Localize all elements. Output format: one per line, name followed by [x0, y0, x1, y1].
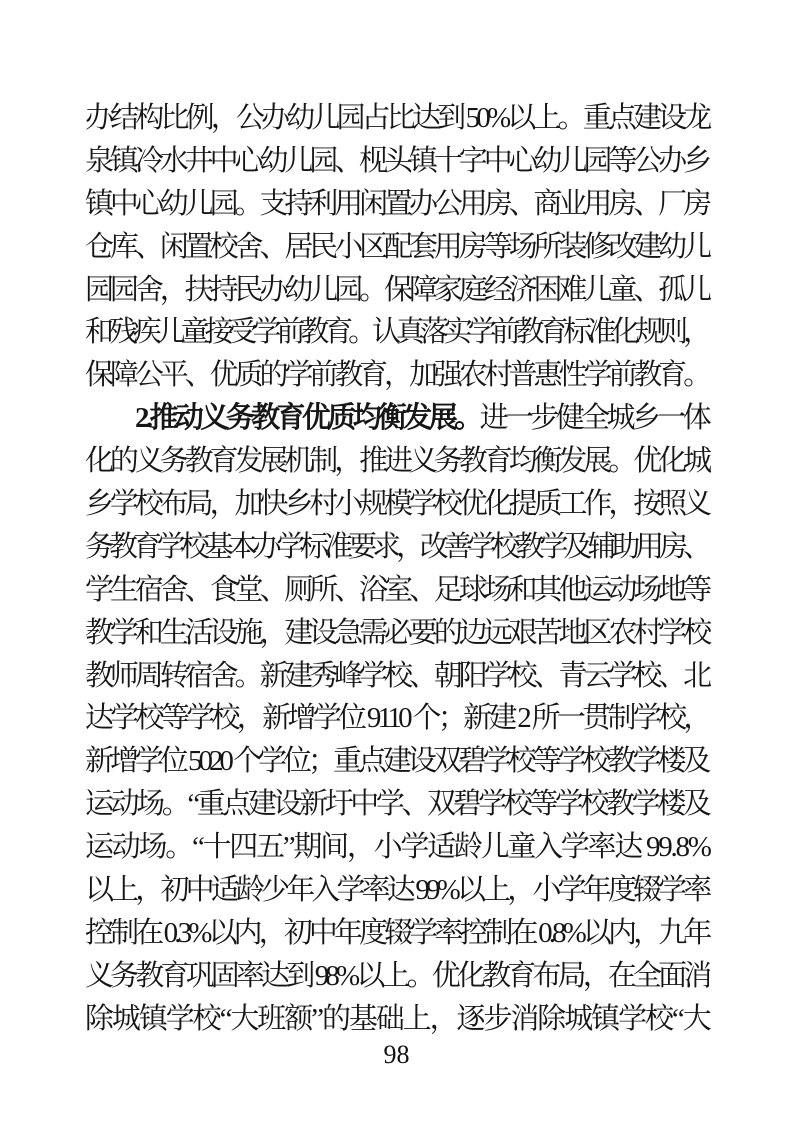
page-number: 98 [0, 1038, 793, 1072]
text-line: 和残疾儿童接受学前教育。认真落实学前教育标准化规则， [85, 311, 712, 354]
text-line: 镇中心幼儿园。支持利用闲置办公用房、商业用房、厂房 [85, 183, 712, 226]
text-line: 除城镇学校“大班额”的基础上，逐步消除城镇学校“大 [85, 998, 712, 1041]
text-line: 教学和生活设施，建设急需必要的边远艰苦地区农村学校 [85, 612, 712, 655]
text-line: 乡学校布局，加快乡村小规模学校优化提质工作，按照义 [85, 483, 712, 526]
text-line: 泉镇冷水井中心幼儿园、枧头镇十字中心幼儿园等公办乡 [85, 140, 712, 183]
text-line: 运动场。“重点建设新圩中学、双碧学校等学校教学楼及 [85, 783, 712, 826]
text-line: 控制在 0.3%以内，初中年度辍学率控制在 0.8%以内，九年 [85, 912, 712, 955]
text-line: 义务教育巩固率达到 98%以上。优化教育布局，在全面消 [85, 955, 712, 998]
document-page: 办结构比例，公办幼儿园占比达到 50%以上。重点建设龙泉镇冷水井中心幼儿园、枧头… [0, 0, 793, 1122]
text-line: 达学校等学校，新增学位 9110 个；新建 2 所一贯制学校， [85, 697, 712, 740]
text-line: 学生宿舍、食堂、厕所、浴室、足球场和其他运动场地等 [85, 569, 712, 612]
text-line: 以上，初中适龄少年入学率达 99%以上，小学年度辍学率 [85, 869, 712, 912]
body-text: 办结构比例，公办幼儿园占比达到 50%以上。重点建设龙泉镇冷水井中心幼儿园、枧头… [85, 97, 712, 1041]
text-line: 教师周转宿舍。新建秀峰学校、朝阳学校、青云学校、北 [85, 655, 712, 698]
text-line: 化的义务教育发展机制，推进义务教育均衡发展。优化城 [85, 440, 712, 483]
text-line: 仓库、闲置校舍、居民小区配套用房等场所装修改建幼儿 [85, 226, 712, 269]
text-line: 务教育学校基本办学标准要求，改善学校教学及辅助用房、 [85, 526, 712, 569]
text-line: 园园舍，扶持民办幼儿园。保障家庭经济困难儿童、孤儿 [85, 269, 712, 312]
text-line: 2.推动义务教育优质均衡发展。进一步健全城乡一体 [85, 397, 712, 440]
text-line: 新增学位 5020 个学位；重点建设双碧学校等学校教学楼及 [85, 740, 712, 783]
text-line: 办结构比例，公办幼儿园占比达到 50%以上。重点建设龙 [85, 97, 712, 140]
paragraph-heading: 2.推动义务教育优质均衡发展。 [135, 402, 480, 434]
text-line: 运动场。“十四五”期间，小学适龄儿童入学率达 99.8% [85, 826, 712, 869]
text-line: 保障公平、优质的学前教育，加强农村普惠性学前教育。 [85, 354, 712, 397]
